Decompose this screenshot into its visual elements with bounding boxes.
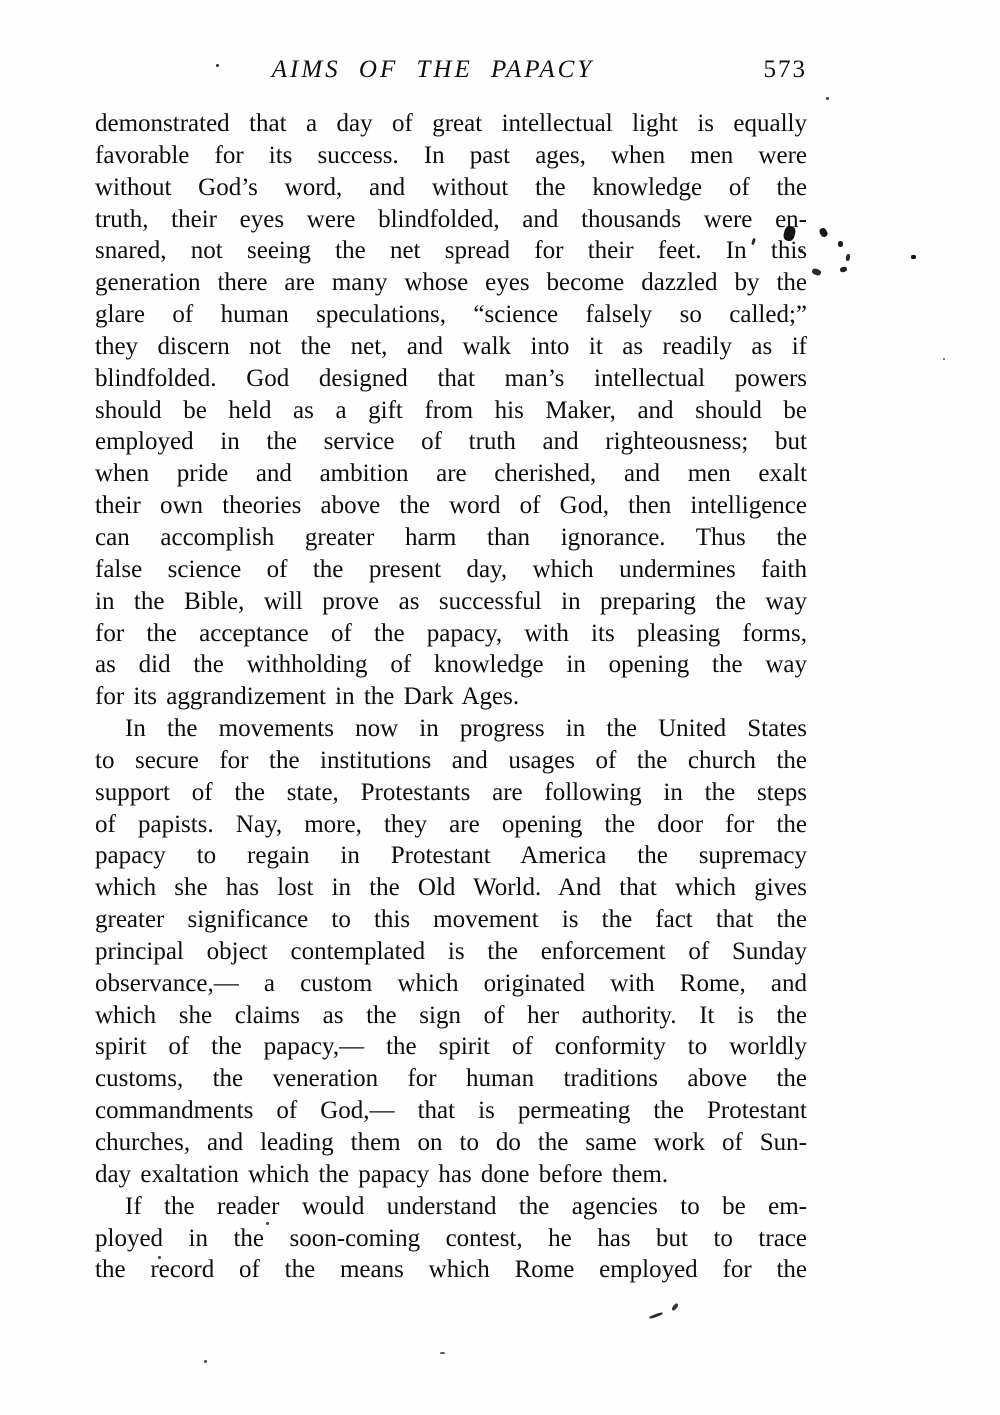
text-line: of papists. Nay, more, they are opening … [95,809,807,841]
text-line: commandments of God,— that is permeating… [95,1095,807,1127]
ink-speck [266,1222,269,1225]
text-line: which she has lost in the Old World. And… [95,872,807,904]
text-line: truth, their eyes were blindfolded, and … [95,204,807,236]
text-line: they discern not the net, and walk into … [95,331,807,363]
ink-speck [800,249,803,252]
text-line: observance,— a custom which originated w… [95,968,807,1000]
text-line: should be held as a gift from his Maker,… [95,395,807,427]
text-line: generation there are many whose eyes bec… [95,267,807,299]
text-line: can accomplish greater harm than ignoran… [95,522,807,554]
text-line: support of the state, Protestants are fo… [95,777,807,809]
text-line: papacy to regain in Protestant America t… [95,840,807,872]
text-line: their own theories above the word of God… [95,490,807,522]
text-line: false science of the present day, which … [95,554,807,586]
text-line: to secure for the institutions and usage… [95,745,807,777]
text-block: demonstrated that a day of great intelle… [95,108,807,1286]
text-line: snared, not seeing the net spread for th… [95,235,807,267]
text-line: employed in the service of truth and rig… [95,426,807,458]
text-line: greater significance to this movement is… [95,904,807,936]
ink-speck [204,1360,207,1363]
page-header: AIMS OF THE PAPACY 573 [95,56,807,88]
ink-speck [839,266,847,273]
ink-speck [158,1256,161,1259]
text-line: spirit of the papacy,— the spirit of con… [95,1031,807,1063]
text-line: in the Bible, will prove as successful i… [95,586,807,618]
text-line: favorable for its success. In past ages,… [95,140,807,172]
text-line: demonstrated that a day of great intelle… [95,108,807,140]
page-title: AIMS OF THE PAPACY [77,56,789,84]
ink-speck [216,64,219,67]
ink-speck [811,268,822,277]
ink-speck [649,1312,663,1320]
ink-speck [671,1303,679,1312]
ink-speck [943,358,945,360]
text-line: principal object contemplated is the enf… [95,936,807,968]
book-page-scan: AIMS OF THE PAPACY 573 demonstrated that… [0,0,1000,1415]
text-line: ployed in the soon-coming contest, he ha… [95,1223,807,1255]
paragraph: In the movements now in progress in the … [95,713,807,1191]
ink-speck [826,97,829,100]
text-line: the record of the means which Rome emplo… [95,1254,807,1286]
text-line: In the movements now in progress in the … [95,713,807,745]
ink-speck [845,254,850,262]
text-line: If the reader would understand the agenc… [95,1191,807,1223]
paragraph: If the reader would understand the agenc… [95,1191,807,1287]
page-number: 573 [764,56,808,84]
ink-speck [818,227,829,238]
text-line: for the acceptance of the papacy, with i… [95,618,807,650]
text-line: day exaltation which the papacy has done… [95,1159,807,1191]
ink-speck [838,241,843,247]
text-line: when pride and ambition are cherished, a… [95,458,807,490]
text-line: for its aggrandizement in the Dark Ages. [95,681,807,713]
ink-speck [440,1352,445,1354]
text-line: as did the withholding of knowledge in o… [95,649,807,681]
text-line: blindfolded. God designed that man’s int… [95,363,807,395]
text-line: without God’s word, and without the know… [95,172,807,204]
ink-speck [911,255,916,259]
paragraph: demonstrated that a day of great intelle… [95,108,807,713]
text-line: glare of human speculations, “science fa… [95,299,807,331]
text-line: customs, the veneration for human tradit… [95,1063,807,1095]
text-line: which she claims as the sign of her auth… [95,1000,807,1032]
text-line: churches, and leading them on to do the … [95,1127,807,1159]
